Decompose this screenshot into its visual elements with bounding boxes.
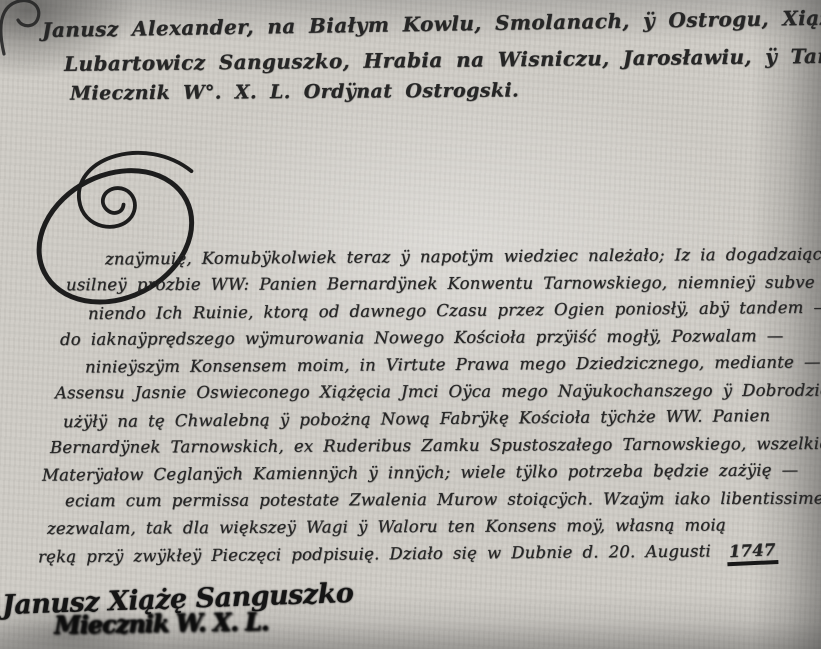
signature-line-2-blotted: Miecznik W. X. L.: [54, 605, 354, 639]
signature-block: Janusz Xiążę Sanguszko Miecznik W. X. L.: [2, 584, 353, 637]
header-line-2: Lubartowicz Sanguszko, Hrabia na Wisnicz…: [64, 44, 805, 76]
dateline-year-underlined: 1747: [726, 540, 778, 566]
header-line-1: Janusz Alexander, na Białym Kowlu, Smola…: [42, 6, 805, 42]
header-titulature: Janusz Alexander, na Białym Kowlu, Smola…: [34, 12, 805, 102]
body-line-9: Materÿałow Ceglanÿch Kamiennÿch ÿ innÿch…: [42, 460, 809, 492]
body-line-10: eciam cum permissa potestate Zwalenia Mu…: [65, 489, 809, 519]
body-line-12-dateline: ręką przÿ zwÿkłeÿ Pieczęci podpisuię. Dz…: [38, 541, 809, 575]
body-line-5: ninieÿszÿm Konsensem moim, in Virtute Pr…: [85, 352, 809, 384]
manuscript-scan: Janusz Alexander, na Białym Kowlu, Smola…: [0, 0, 821, 649]
body-line-1: znaÿmuię, Komubÿkolwiek teraz ÿ napotÿm …: [105, 245, 809, 277]
body-text: znaÿmuię, Komubÿkolwiek teraz ÿ napotÿm …: [0, 247, 809, 571]
header-line-3: Miecznik W°. X. L. Ordÿnat Ostrogski.: [70, 77, 805, 104]
